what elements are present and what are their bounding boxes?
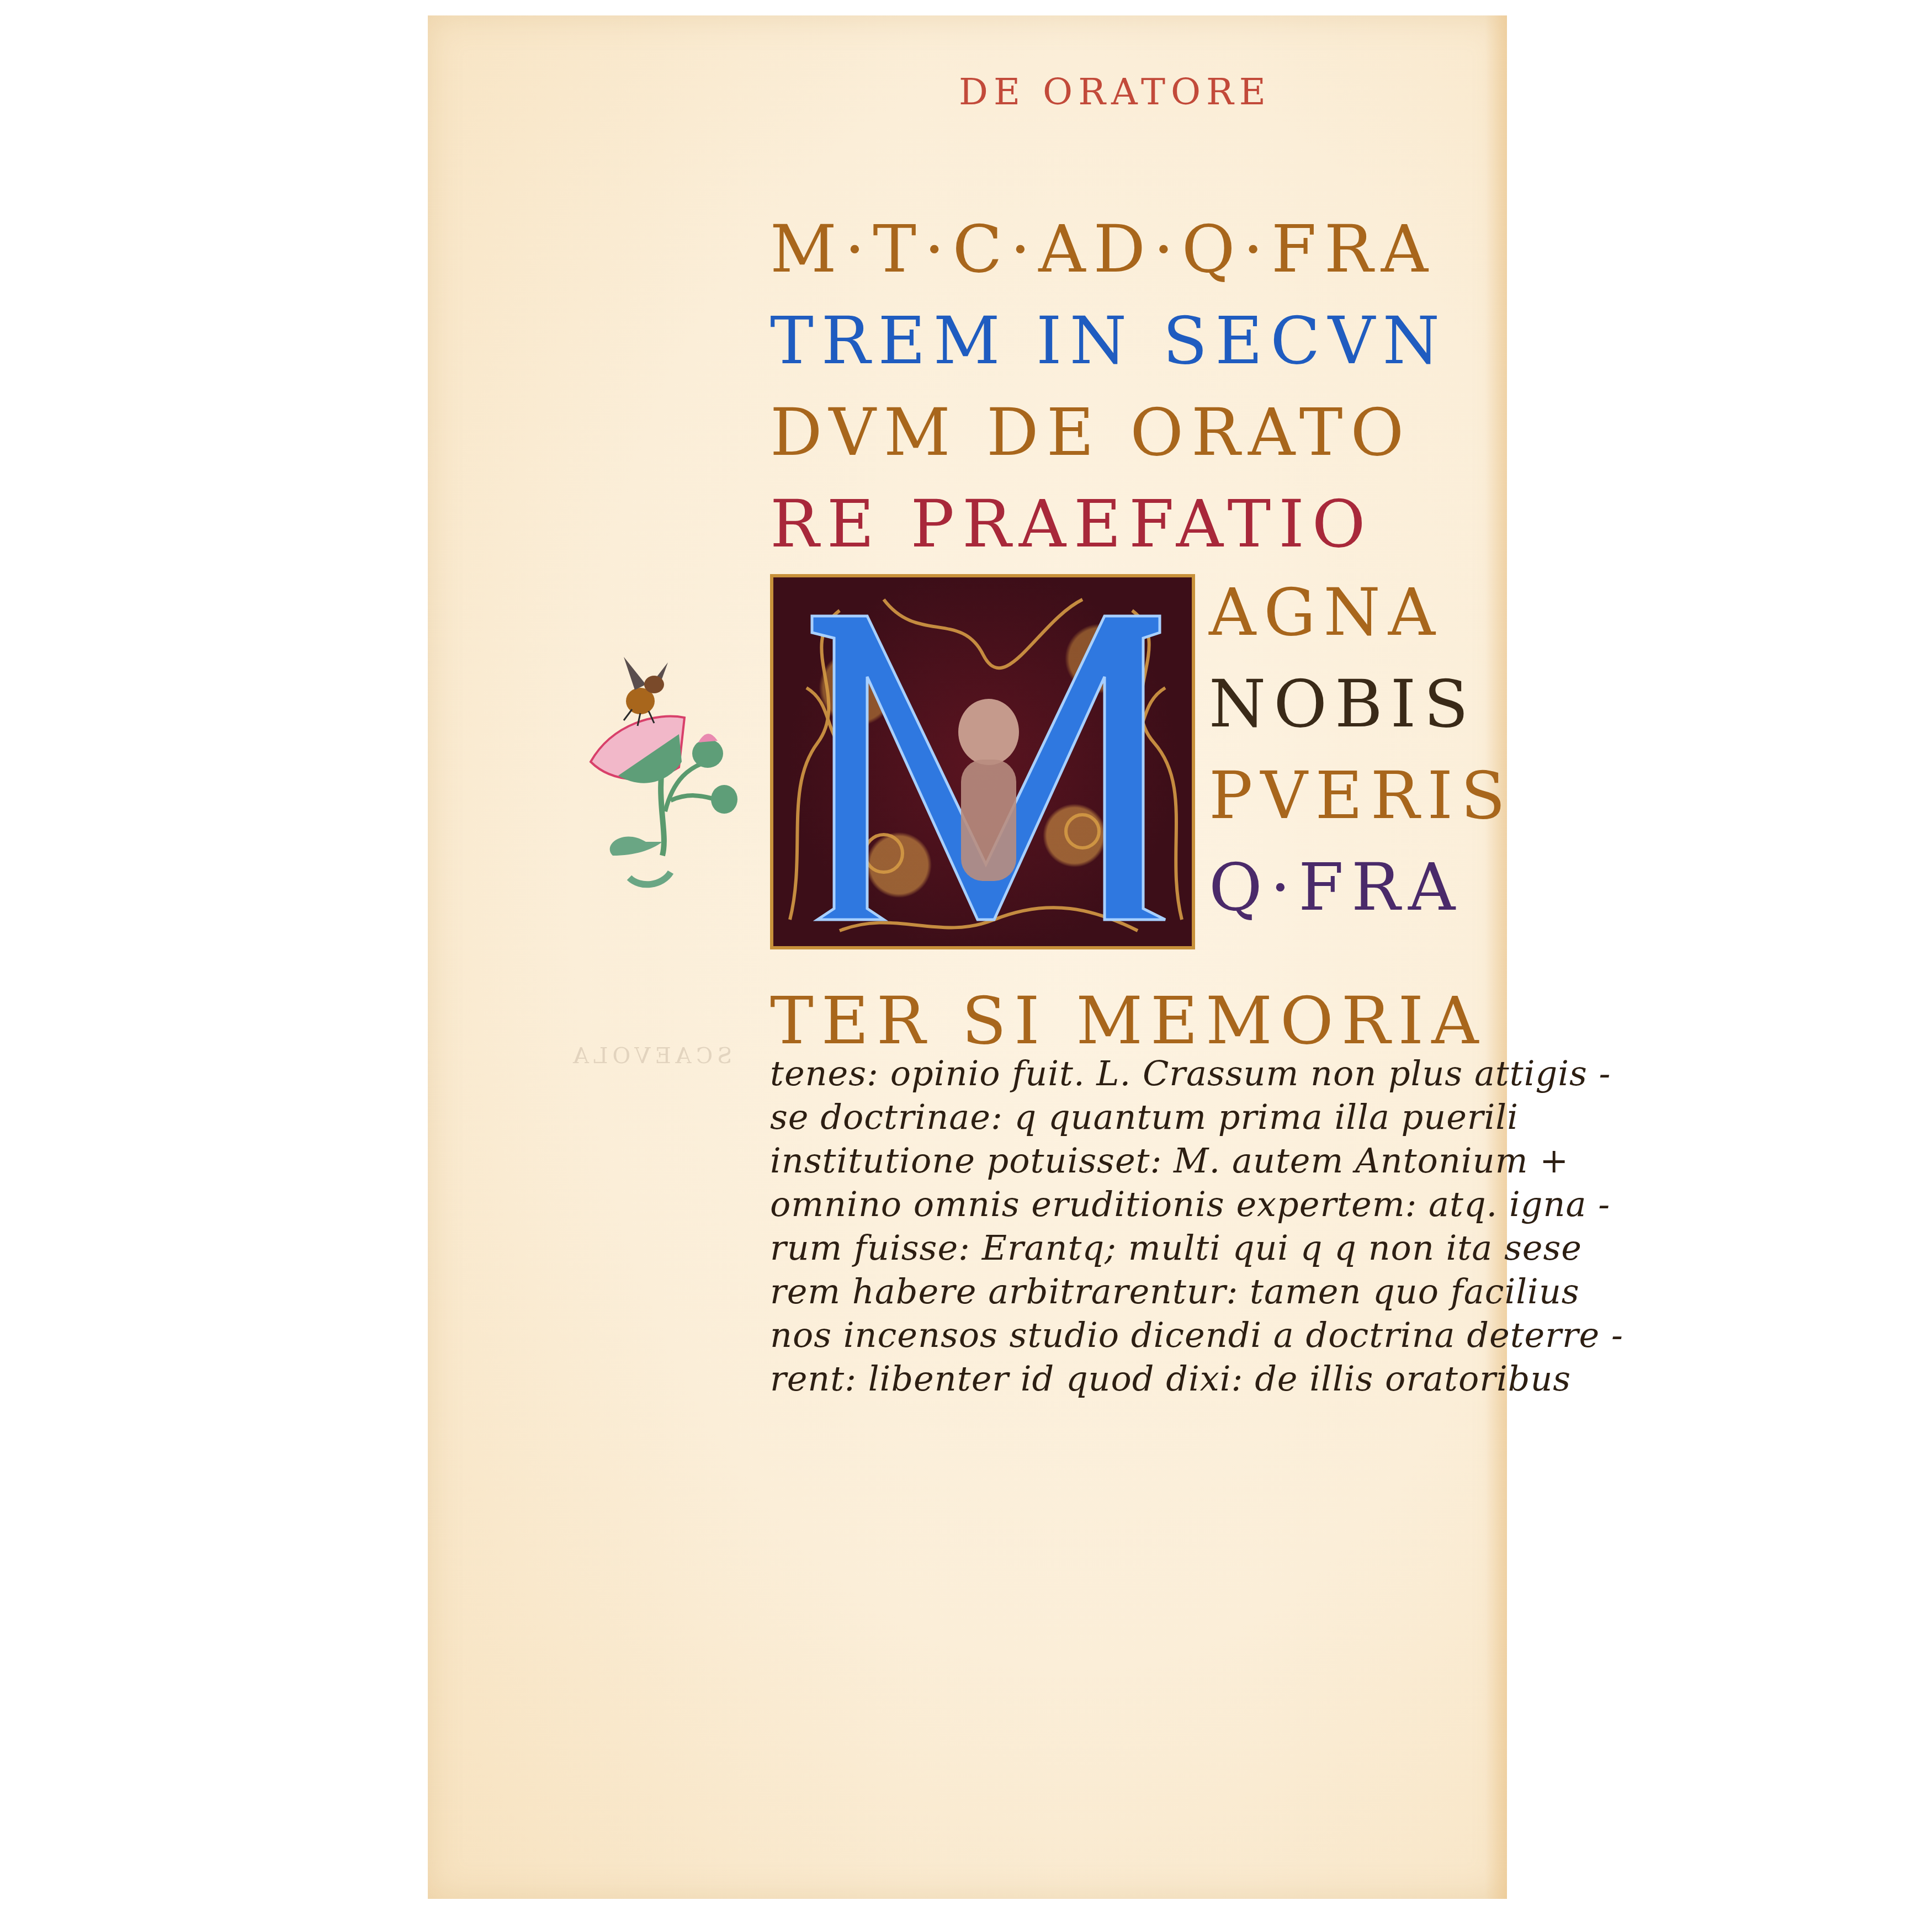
manuscript-page [428, 15, 1507, 1899]
full-caps-line: TER SI MEMORIA [770, 988, 1449, 1053]
body-line: se doctrinae: q quantum prima illa pueri… [770, 1095, 1455, 1139]
initial-m-icon [773, 577, 1198, 953]
show-through-margin-text: SCAEVOLA [569, 1043, 733, 1069]
title-line-2: TREM IN SECVN [770, 308, 1449, 373]
title-line-3: DVM DE ORATO [770, 400, 1449, 465]
initial-line-3: PVERIS [1209, 763, 1513, 828]
initial-line-4: Q·FRA [1209, 854, 1463, 920]
running-head: DE ORATORE [944, 71, 1286, 113]
body-line: rent: libenter id quod dixi: de illis or… [770, 1357, 1455, 1400]
body-line: tenes: opinio fuit. L. Crassum non plus … [770, 1052, 1455, 1095]
body-text: tenes: opinio fuit. L. Crassum non plus … [770, 1052, 1455, 1400]
body-line: institutione potuisset: M. autem Antoniu… [770, 1139, 1455, 1182]
illuminated-initial-m [770, 574, 1195, 949]
body-line: omnino omnis eruditionis expertem: atq. … [770, 1182, 1455, 1226]
initial-line-1: AGNA [1209, 580, 1443, 645]
title-line-4: RE PRAEFATIO [770, 491, 1449, 556]
title-line-1: M·T·C·AD·Q·FRA [770, 216, 1449, 282]
initial-line-2: NOBIS [1209, 671, 1476, 736]
body-line: nos incensos studio dicendi a doctrina d… [770, 1313, 1455, 1357]
body-line: rum fuisse: Erantq; multi qui q q non it… [770, 1226, 1455, 1270]
body-line: rem habere arbitrarentur: tamen quo faci… [770, 1270, 1455, 1313]
flower-with-bee-icon [580, 624, 745, 900]
